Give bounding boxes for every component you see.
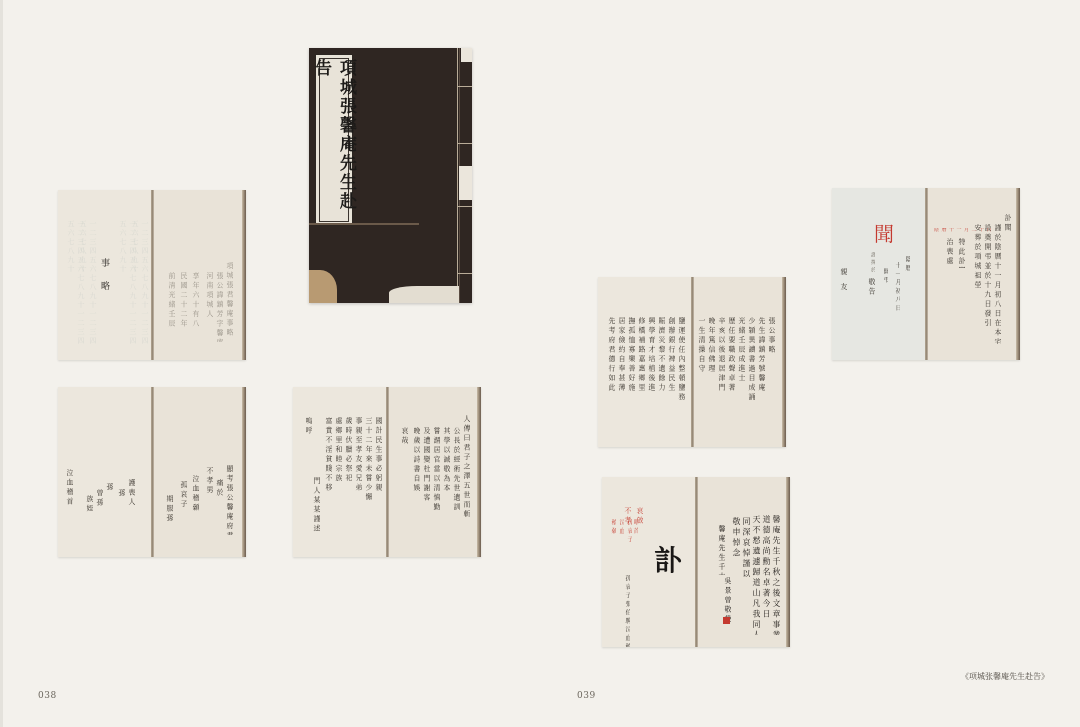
red-text-column: 叩首 bbox=[632, 519, 638, 569]
text-column: 顯考張公馨庵府君 bbox=[226, 465, 233, 535]
text-column: 治喪處 bbox=[946, 238, 953, 268]
text-column: 安葬於項城祖塋 bbox=[974, 224, 981, 344]
text-column: 創辦銀行裨益民生 bbox=[668, 317, 675, 437]
text-column: 敬告 bbox=[868, 278, 875, 348]
text-column: 晚年篤信佛理 bbox=[708, 317, 715, 427]
right-page: 馨庵先生千秋之後文章事業 道德高尚勳名卓著今日 天不慭遺遽歸道山凡我同人 同深哀… bbox=[698, 477, 786, 647]
red-text-column: 稽顙 bbox=[610, 519, 616, 569]
left-page: 國計民生事必躬親 三十二年來未嘗少懈 事親至孝友愛兄弟 歲時伏臘必祭祀 處鄉里和… bbox=[293, 387, 386, 557]
text-column: 三十二年來未嘗少懈 bbox=[365, 417, 372, 517]
book-spread-biography: 一二三四五六七八九十一二三四五六七八九十 一二三四五六七八九十一二三四五六七八九… bbox=[58, 190, 246, 360]
text-column: 孤哀子 bbox=[180, 481, 187, 521]
calligraphy-column: 同深哀悼謹以蕪詞 bbox=[742, 517, 750, 577]
text-column: 孫 bbox=[118, 489, 125, 524]
text-column: 興學育才培植後進 bbox=[648, 317, 655, 437]
text-column: 及遭國變杜門謝客 bbox=[423, 427, 430, 535]
fore-edge bbox=[242, 190, 246, 360]
text-column: 河南項城人 bbox=[206, 272, 213, 342]
text-column: 開弔 bbox=[882, 268, 888, 318]
book-spread-deeds: 鹽運使任內整頓鹽務 創辦銀行裨益民生 賑濟災黎不遺餘力 興學育才培植後進 修橋補… bbox=[598, 277, 786, 447]
page-binding-edge bbox=[0, 0, 3, 727]
text-column: 處鄉里和睦宗族 bbox=[335, 417, 342, 517]
text-column: 護喪人 bbox=[128, 479, 135, 524]
text-column: 歲時伏臘必祭祀 bbox=[345, 417, 352, 517]
calligraphy-column: 馨庵先生千秋之後文章事業 bbox=[772, 515, 780, 635]
text-column: 張公諱鎮芳字馨庵 bbox=[216, 272, 223, 342]
fore-edge bbox=[786, 477, 790, 647]
cover-title: 項城張馨庵先生赴告 bbox=[309, 59, 359, 221]
left-page: 一二三四五六七八九十一二三四五六七八九十 一二三四五六七八九十一二三四五六七八九… bbox=[58, 190, 151, 360]
left-page-number: 038 bbox=[38, 691, 57, 701]
text-column: 謹擇於 bbox=[870, 252, 875, 272]
text-column: 訃聞 bbox=[1004, 214, 1011, 274]
text-column: 痛於 bbox=[216, 479, 223, 529]
text-column: 辛亥以後退居津門 bbox=[718, 317, 725, 427]
figure-caption: 《项城张馨庵先生赴告》 bbox=[961, 671, 1049, 682]
calligraphy-column: 馨庵先生千古 bbox=[718, 525, 725, 575]
text-column: 十一月初八日 bbox=[894, 262, 900, 322]
text-column: 特此訃聞 bbox=[958, 238, 965, 268]
right-page: 顯考張公馨庵府君 痛於 不孝男 泣血稽顙 孤哀子 期服孫 bbox=[154, 387, 242, 557]
text-column: 修橋補路嘉惠鄉里 bbox=[638, 317, 645, 437]
obituary-character: 訃 bbox=[654, 539, 682, 579]
left-page: 護喪人 孫 孫 曾孫 族姪 泣血稽首 bbox=[58, 387, 151, 557]
text-column: 門人某某謹述 bbox=[313, 477, 320, 537]
text-column: 不孝男 bbox=[206, 467, 213, 527]
book-spread-eulogy: 國計民生事必躬親 三十二年來未嘗少懈 事親至孝友愛兄弟 歲時伏臘必祭祀 處鄉里和… bbox=[293, 387, 481, 557]
right-page: 張公事略 先生諱鎮芳號馨庵 少穎異讀書過目成誦 光緒壬辰成進士 歷任要職政聲卓著… bbox=[694, 277, 782, 447]
text-column: 事親至孝友愛兄弟 bbox=[355, 417, 362, 517]
text-column: 哀哉 bbox=[401, 427, 408, 535]
right-page: 人傳曰君子之澤五世而斬 公長於經術先世遺訓 其學以誠敬為本 嘗謂居官當以清慎勤 … bbox=[389, 387, 477, 557]
book-spread-announcement: 哀啟 不孝 孤哀子 泣血 稽顙 叩首 訃 孤哀子張伯駒泣血稽顙謹啟 馨庵先生千秋… bbox=[602, 477, 790, 647]
text-column: 泣血稽顙 bbox=[192, 475, 199, 535]
text-column: 公長於經術先世遺訓 bbox=[453, 427, 460, 535]
text-column: 嗚呼 bbox=[305, 417, 312, 437]
text-column: 先生諱鎮芳號馨庵 bbox=[758, 317, 765, 427]
text-column: 其學以誠敬為本 bbox=[443, 427, 450, 535]
text-column: 曾孫 bbox=[96, 489, 103, 529]
section-title: 事略 bbox=[98, 258, 111, 304]
book-spread-funeral-notice: 聞 謹擇於 陰曆 十一月初八日 開弔 敬告 親友 陰曆十一月二十日 訃聞 謹於陰… bbox=[832, 188, 1020, 360]
book-cover: 項城張馨庵先生赴告 bbox=[309, 48, 472, 303]
calligraphy-column: 天不慭遺遽歸道山凡我同人 bbox=[752, 515, 760, 635]
text-column: 人傳曰君子之澤五世而斬 bbox=[463, 415, 470, 535]
text-column: 嘗謂居官當以清慎勤 bbox=[433, 427, 440, 535]
text-column: 期服孫 bbox=[166, 495, 173, 525]
cover-title-label: 項城張馨庵先生赴告 bbox=[315, 54, 353, 226]
left-page: 哀啟 不孝 孤哀子 泣血 稽顙 叩首 訃 孤哀子張伯駒泣血稽顙謹啟 bbox=[602, 477, 695, 647]
text-column: 賑濟災黎不遺餘力 bbox=[658, 317, 665, 437]
red-seal-character: 聞 bbox=[874, 218, 894, 247]
text-column: 光緒壬辰成進士 bbox=[738, 317, 745, 427]
text-column: 謹於陰曆十一月初八日在本宅 bbox=[994, 224, 1001, 344]
text-column: 張公事略 bbox=[768, 317, 775, 427]
text-column: 國計民生事必躬親 bbox=[375, 417, 382, 517]
text-column: 一生清操自守 bbox=[698, 317, 705, 427]
calligraphy-column: 敬申悼念 bbox=[732, 517, 740, 557]
text-column: 歷任要職政聲卓著 bbox=[728, 317, 735, 427]
text-column: 鹽運使任內整頓鹽務 bbox=[678, 317, 685, 437]
text-column: 孤哀子張伯駒泣血稽顙謹啟 bbox=[624, 575, 630, 647]
right-page: 項城張君馨庵事略 張公諱鎮芳字馨庵 河南項城人 享年六十有八 民國二十二年 前清… bbox=[154, 190, 242, 360]
red-seal-icon bbox=[723, 617, 730, 624]
book-spread-obituary-list: 護喪人 孫 孫 曾孫 族姪 泣血稽首 顯考張公馨庵府君 痛於 不孝男 泣血稽顙 … bbox=[58, 387, 246, 557]
text-column: 富貴不淫貧賤不移 bbox=[325, 417, 332, 517]
text-column: 族姪 bbox=[86, 495, 93, 535]
text-column: 設奠開弔並於十九日發引 bbox=[984, 224, 991, 344]
left-page: 聞 謹擇於 陰曆 十一月初八日 開弔 敬告 親友 bbox=[832, 188, 925, 360]
fore-edge bbox=[1016, 188, 1020, 360]
text-column: 居家儉約自奉甚薄 bbox=[618, 317, 625, 437]
text-column: 少穎異讀書過目成誦 bbox=[748, 317, 755, 427]
left-page: 鹽運使任內整頓鹽務 創辦銀行裨益民生 賑濟災黎不遺餘力 興學育才培植後進 修橋補… bbox=[598, 277, 691, 447]
fore-edge bbox=[782, 277, 786, 447]
calligraphy-column: 道德高尚勳名卓著今日 bbox=[762, 515, 770, 635]
fore-edge bbox=[477, 387, 481, 557]
text-column: 前清光緒壬辰 bbox=[168, 272, 175, 342]
text-column: 泣血稽首 bbox=[66, 469, 73, 519]
red-text-column: 泣血 bbox=[618, 519, 624, 569]
text-column: 先考府君德行如此 bbox=[608, 317, 615, 437]
text-column: 親友 bbox=[840, 268, 847, 348]
text-column: 陰曆 bbox=[904, 256, 910, 316]
text-column: 項城張君馨庵事略 bbox=[226, 262, 233, 342]
right-page: 陰曆十一月二十日 訃聞 謹於陰曆十一月初八日在本宅 設奠開弔並於十九日發引 安葬… bbox=[928, 188, 1016, 360]
fore-edge bbox=[242, 387, 246, 557]
text-column: 撫孤恤寡樂善好施 bbox=[628, 317, 635, 437]
text-column: 晚歲以詩書自娛 bbox=[413, 427, 420, 535]
text-column: 孫 bbox=[106, 483, 113, 523]
text-column: 享年六十有八 bbox=[192, 272, 199, 342]
text-column: 民國二十二年 bbox=[180, 272, 187, 342]
right-page-number: 039 bbox=[577, 691, 596, 701]
